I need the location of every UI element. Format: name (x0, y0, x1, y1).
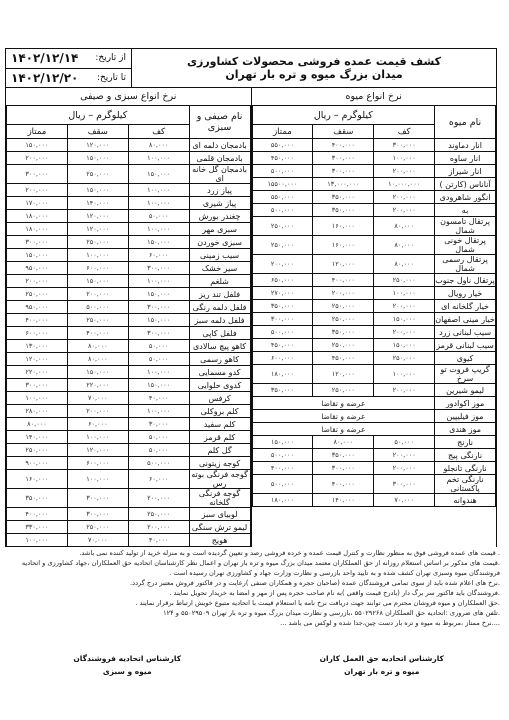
price-min: ۵۰,۰۰۰ (128, 353, 189, 366)
price-premium: ۵۰۰,۰۰۰ (252, 326, 313, 339)
price-max: ۳۵۰,۰۰۰ (313, 204, 374, 217)
date-range: از تاریخ: ۱۴۰۲/۱۲/۱۴ تا تاریخ: ۱۴۰۲/۱۲/۲… (6, 49, 131, 87)
price-premium: ۲۵۰,۰۰۰ (252, 236, 313, 255)
price-max: ۲۵۰,۰۰۰ (313, 300, 374, 313)
note: .نرخ های اعلام شده باید از سوی تمامی فرو… (10, 578, 500, 588)
table-row: چغندر بورش۵۰,۰۰۰۱۲۰,۰۰۰۱۸۰,۰۰۰ (7, 210, 251, 223)
price-min: ۸۰,۰۰۰ (374, 236, 435, 255)
item-name: به (435, 204, 496, 217)
item-name: سبزی مهر (189, 223, 250, 236)
price-premium: ۵۰۰,۰۰۰ (252, 475, 313, 494)
price-premium: ۱۷۰,۰۰۰ (7, 197, 68, 210)
price-min: ۱۰۰,۰۰۰ (128, 197, 189, 210)
notes: . قیمت های عمده فروشی فوق به منظور نظارت… (10, 548, 500, 628)
price-max: ۱۵۰,۰۰۰ (67, 275, 128, 288)
fruit-section-title: نرخ انواع میوه (252, 88, 496, 106)
price-premium: ۱۶۰,۰۰۰ (7, 470, 68, 489)
table-row: سیب زمینی۶۰,۰۰۰۱۰۰,۰۰۰۱۵۰,۰۰۰ (7, 249, 251, 262)
sheet-title: کشف قیمت عمده فروشی محصولات کشاورزی میدا… (131, 49, 496, 87)
item-name: موز هندی (435, 423, 496, 436)
price-max: ۱۵۰,۰۰۰ (67, 184, 128, 197)
price-premium: ۵۰۰,۰۰۰ (252, 165, 313, 178)
price-premium: ۲۰۰,۰۰۰ (7, 275, 68, 288)
veg-section-title: نرخ انواع سبزی و صیفی (7, 88, 251, 106)
price-max: ۱۲۰,۰۰۰ (313, 365, 374, 384)
table-row: کلم قرمز۵۰,۰۰۰۱۰۰,۰۰۰۱۴۰,۰۰۰ (7, 431, 251, 444)
table-row: نارنج۵۰,۰۰۰۸۰,۰۰۰۱۵۰,۰۰۰ (252, 436, 496, 449)
price-premium: ۲۸۰,۰۰۰ (7, 405, 68, 418)
table-row: لوبیای سبز۲۵۰,۰۰۰۳۰۰,۰۰۰۴۰۰,۰۰۰ (7, 508, 251, 521)
price-premium: ۵۰۰,۰۰۰ (252, 204, 313, 217)
item-name: لیمو ترش سنگی (189, 521, 250, 534)
price-max: ۶۰,۰۰۰ (67, 418, 128, 431)
price-min: ۳۰۰,۰۰۰ (128, 262, 189, 275)
price-max: ۲۲۰,۰۰۰ (67, 379, 128, 392)
table-row: کوجه زیتونی۵۰۰,۰۰۰۶۰۰,۰۰۰۹۰۰,۰۰۰ (7, 457, 251, 470)
col-premium: ممتاز (252, 125, 313, 139)
price-max: ۵۰۰,۰۰۰ (67, 301, 128, 314)
price-premium: ۳۵۰,۰۰۰ (252, 300, 313, 313)
item-name: بادمجان گل خانه ای (189, 165, 250, 184)
price-max: ۳۰۰,۰۰۰ (313, 165, 374, 178)
price-min: ۲۰۰,۰۰۰ (128, 489, 189, 508)
veg-section: نرخ انواع سبزی و صیفی نام صیفی و سبزی کی… (6, 88, 251, 547)
price-max: ۱۳,۰۰۰,۰۰۰ (313, 178, 374, 191)
price-premium: ۴۵۰,۰۰۰ (252, 152, 313, 165)
price-max: ۱۲۰,۰۰۰ (67, 139, 128, 152)
price-min: ۲۵۰,۰۰۰ (374, 352, 435, 365)
price-premium: ۲۰۰,۰۰۰ (7, 152, 68, 165)
item-name: نارنگی تانجلو (435, 462, 496, 475)
item-name: موز فیلیپین (435, 410, 496, 423)
item-name: کوجه زیتونی (189, 457, 250, 470)
table-row: انار دماوند۳۰۰,۰۰۰۴۰۰,۰۰۰۵۵۰,۰۰۰ (252, 139, 496, 152)
item-name: هندوانه (435, 494, 496, 507)
item-name: موز اکوادور (435, 397, 496, 410)
price-max: ۴۵۰,۰۰۰ (313, 352, 374, 365)
price-sheet: کشف قیمت عمده فروشی محصولات کشاورزی میدا… (5, 48, 497, 547)
table-row: نارنگی پیج۲۰۰,۰۰۰۳۵۰,۰۰۰۵۰۰,۰۰۰ (252, 449, 496, 462)
price-max: ۶۰۰,۰۰۰ (67, 457, 128, 470)
price-premium: ۸۰,۰۰۰ (7, 418, 68, 431)
price-min: ۱۵۰,۰۰۰ (374, 313, 435, 326)
title-line-1: کشف قیمت عمده فروشی محصولات کشاورزی (187, 55, 441, 68)
price-premium: ۳۰۰,۰۰۰ (7, 165, 68, 184)
price-min: ۱۵۰,۰۰۰ (374, 339, 435, 352)
table-row: لیمو شیرین۲۰۰,۰۰۰۲۵۰,۰۰۰۳۵۰,۰۰۰ (252, 384, 496, 397)
item-name: فلفل تند ریز (189, 288, 250, 301)
price-max: ۲۵۰,۰۰۰ (67, 314, 128, 327)
note: .قیمت های مذکور بر اساس استعلام روزانه ا… (10, 558, 500, 578)
price-premium: ۲۵۰,۰۰۰ (7, 444, 68, 457)
price-max: ۱۶۰,۰۰۰ (313, 217, 374, 236)
table-row: گریپ فروت تو سرخ۱۰۰,۰۰۰۱۲۰,۰۰۰۱۸۰,۰۰۰ (252, 365, 496, 384)
table-row: هندوانه۷۰,۰۰۰۱۴۰,۰۰۰۱۸۰,۰۰۰ (252, 494, 496, 507)
table-row: کدو مسمایی۱۰۰,۰۰۰۱۵۰,۰۰۰۲۲۰,۰۰۰ (7, 366, 251, 379)
price-min: ۶۰,۰۰۰ (128, 470, 189, 489)
price-premium: ۱۳۰,۰۰۰ (7, 340, 68, 353)
price-min: ۱۰۰,۰۰۰ (374, 152, 435, 165)
table-row: گل کلم۵۰,۰۰۰۱۲۰,۰۰۰۲۵۰,۰۰۰ (7, 444, 251, 457)
supply-demand-note: عرضه و تقاضا (252, 397, 435, 410)
price-max: ۷۰,۰۰۰ (67, 392, 128, 405)
price-premium: ۱۸۰,۰۰۰ (252, 365, 313, 384)
price-min: ۸۰,۰۰۰ (374, 255, 435, 274)
price-premium: ۳۵۰,۰۰۰ (252, 384, 313, 397)
price-max: ۱۴۰,۰۰۰ (313, 494, 374, 507)
price-max: ۳۰۰,۰۰۰ (313, 152, 374, 165)
price-max: ۳۵۰,۰۰۰ (313, 326, 374, 339)
note: .فروشندگان باید فاکتور سر برگ دار (بادرج… (10, 588, 500, 598)
price-min: ۱۰۰,۰۰۰ (374, 365, 435, 384)
item-name: پیاز زرد (189, 184, 250, 197)
item-name: فلفل دلمه سبز (189, 314, 250, 327)
sheet-header: کشف قیمت عمده فروشی محصولات کشاورزی میدا… (5, 48, 497, 87)
veg-name-header: نام صیفی و سبزی (189, 106, 250, 139)
table-row: بادمجان گل خانه ای۱۵۰,۰۰۰۲۵۰,۰۰۰۳۰۰,۰۰۰ (7, 165, 251, 184)
item-name: انار ساوه (435, 152, 496, 165)
price-max: ۴۰۰,۰۰۰ (67, 327, 128, 340)
item-name: پرتقال ناول جنوب (435, 274, 496, 287)
item-name: کلم بروکلی (189, 405, 250, 418)
item-name: بادمجان قلمی (189, 152, 250, 165)
price-min: ۱۰,۰۰۰,۰۰۰ (374, 178, 435, 191)
price-premium: ۵۵۰,۰۰۰ (252, 191, 313, 204)
price-premium: ۶۰۰,۰۰۰ (7, 327, 68, 340)
item-name: انگور شاهرودی (435, 191, 496, 204)
price-min: ۸۰,۰۰۰ (374, 217, 435, 236)
item-name: کلم سفید (189, 418, 250, 431)
price-min: ۵۰,۰۰۰ (128, 431, 189, 444)
note: .تلفن های ضروری :اتحادیه حق العملکاران ۵… (10, 608, 500, 618)
price-min: ۱۰۰,۰۰۰ (128, 405, 189, 418)
table-row: پیاز شیری۱۰۰,۰۰۰۱۴۰,۰۰۰۱۷۰,۰۰۰ (7, 197, 251, 210)
title-line-2: میدان بزرگ میوه و تره بار تهران (225, 68, 402, 81)
table-row: کرفس۴۰,۰۰۰۷۰,۰۰۰۱۰۰,۰۰۰ (7, 392, 251, 405)
table-row: کلم بروکلی۱۰۰,۰۰۰۲۰۰,۰۰۰۲۸۰,۰۰۰ (7, 405, 251, 418)
item-name: کاهو پیچ سالادی (189, 340, 250, 353)
table-row: کدوی حلوایی۱۵۰,۰۰۰۲۲۰,۰۰۰۳۰۰,۰۰۰ (7, 379, 251, 392)
price-min: ۱۰۰,۰۰۰ (128, 275, 189, 288)
table-row: موز فیلیپینعرضه و تقاضا (252, 410, 496, 423)
price-premium: ۵۵۰,۰۰۰ (252, 139, 313, 152)
price-premium: ۴۰۰,۰۰۰ (7, 314, 68, 327)
fruit-unit-header: کیلوگرم – ریال (252, 106, 435, 125)
price-premium: ۱۸۰,۰۰۰ (7, 223, 68, 236)
price-premium: ۴۰۰,۰۰۰ (7, 508, 68, 521)
item-name: کدوی حلوایی (189, 379, 250, 392)
price-premium: ۳۰۰,۰۰۰ (7, 236, 68, 249)
price-max: ۴۰۰,۰۰۰ (313, 274, 374, 287)
item-name: سبزی خوردن (189, 236, 250, 249)
note: . قیمت های عمده فروشی فوق به منظور نظارت… (10, 548, 500, 558)
col-min: کف (374, 125, 435, 139)
table-row: فلفل کاپی۳۰۰,۰۰۰۴۰۰,۰۰۰۶۰۰,۰۰۰ (7, 327, 251, 340)
price-min: ۱۰۰,۰۰۰ (128, 366, 189, 379)
price-max: ۲۵۰,۰۰۰ (313, 339, 374, 352)
item-name: کلم قرمز (189, 431, 250, 444)
price-max: ۲۵۰,۰۰۰ (67, 521, 128, 534)
price-premium: ۲۷۰,۰۰۰ (252, 287, 313, 300)
table-row: کیوی۲۵۰,۰۰۰۴۵۰,۰۰۰۶۰۰,۰۰۰ (252, 352, 496, 365)
price-max: ۳۰۰,۰۰۰ (67, 489, 128, 508)
table-row: فلفل دلمه رنگی۳۰۰,۰۰۰۵۰۰,۰۰۰۹۵۰,۰۰۰ (7, 301, 251, 314)
table-row: سیر خشک۳۰۰,۰۰۰۶۰۰,۰۰۰۹۵۰,۰۰۰ (7, 262, 251, 275)
price-min: ۵۰,۰۰۰ (128, 340, 189, 353)
item-name: شلغم (189, 275, 250, 288)
item-name: کدو مسمایی (189, 366, 250, 379)
price-max: ۸۰,۰۰۰ (313, 436, 374, 449)
item-name: انار دماوند (435, 139, 496, 152)
price-min: ۶۰,۰۰۰ (128, 249, 189, 262)
price-min: ۳۰,۰۰۰ (128, 418, 189, 431)
from-date-label: از تاریخ: (95, 53, 126, 63)
item-name: نارنگی پیج (435, 449, 496, 462)
table-row: فلفل دلمه سبز۱۵۰,۰۰۰۲۵۰,۰۰۰۴۰۰,۰۰۰ (7, 314, 251, 327)
veg-table: نرخ انواع سبزی و صیفی نام صیفی و سبزی کی… (6, 88, 251, 547)
price-tables: نرخ انواع میوه نام میوه کیلوگرم – ریال ک… (5, 87, 497, 547)
price-min: ۳۰۰,۰۰۰ (128, 327, 189, 340)
price-min: ۵۰۰,۰۰۰ (128, 457, 189, 470)
table-row: موز هندیعرضه و تقاضا (252, 423, 496, 436)
price-min: ۲۰۰,۰۰۰ (374, 165, 435, 178)
price-premium: ۲۵۰,۰۰۰ (7, 288, 68, 301)
item-name: هویج (189, 534, 250, 547)
table-row: بادمجان قلمی۱۰۰,۰۰۰۱۵۰,۰۰۰۲۰۰,۰۰۰ (7, 152, 251, 165)
table-row: انگور شاهرودی۲۰۰,۰۰۰۳۵۰,۰۰۰۵۵۰,۰۰۰ (252, 191, 496, 204)
price-premium: ۲۲۰,۰۰۰ (7, 366, 68, 379)
item-name: پیاز شیری (189, 197, 250, 210)
price-min: ۱۰۰,۰۰۰ (128, 223, 189, 236)
price-premium: ۳۰۰,۰۰۰ (7, 379, 68, 392)
fruit-name-header: نام میوه (435, 106, 496, 139)
price-premium: ۱۰۰,۰۰۰ (7, 392, 68, 405)
price-min: ۳۰۰,۰۰۰ (374, 475, 435, 494)
signature-sellers: کارشناس اتحادیه فروشندگان میوه و سبزی (0, 652, 255, 678)
price-min: ۲۰۰,۰۰۰ (128, 521, 189, 534)
price-premium: ۳۵۰,۰۰۰ (7, 489, 68, 508)
price-max: ۱۲۰,۰۰۰ (67, 223, 128, 236)
fruit-rows: انار دماوند۳۰۰,۰۰۰۴۰۰,۰۰۰۵۵۰,۰۰۰انار ساو… (252, 139, 496, 507)
table-row: خیار گلخانه ای۲۰۰,۰۰۰۲۵۰,۰۰۰۳۵۰,۰۰۰ (252, 300, 496, 313)
price-premium: ۱۸۰,۰۰۰ (252, 494, 313, 507)
item-name: لیمو شیرین (435, 384, 496, 397)
table-row: نارنگی تخم پاکستانی۳۰۰,۰۰۰۴۰۰,۰۰۰۵۰۰,۰۰۰ (252, 475, 496, 494)
table-row: سیب لبنانی قرمز۱۵۰,۰۰۰۲۵۰,۰۰۰۴۵۰,۰۰۰ (252, 339, 496, 352)
to-date-value: ۱۴۰۲/۱۲/۲۰ (11, 71, 78, 85)
item-name: گل کلم (189, 444, 250, 457)
price-min: ۲۵۰,۰۰۰ (128, 508, 189, 521)
item-name: خیار گلخانه ای (435, 300, 496, 313)
supply-demand-note: عرضه و تقاضا (252, 423, 435, 436)
table-row: آناناس (کارتن )۱۰,۰۰۰,۰۰۰۱۳,۰۰۰,۰۰۰۱۵۵۰۰… (252, 178, 496, 191)
price-max: ۱۵۰,۰۰۰ (67, 366, 128, 379)
table-row: سبزی مهر۱۰۰,۰۰۰۱۲۰,۰۰۰۱۸۰,۰۰۰ (7, 223, 251, 236)
price-premium: ۲۵۰,۰۰۰ (252, 217, 313, 236)
table-row: انار ساوه۱۰۰,۰۰۰۳۰۰,۰۰۰۴۵۰,۰۰۰ (252, 152, 496, 165)
item-name: بادمجان دلمه ای (189, 139, 250, 152)
price-max: ۳۰۰,۰۰۰ (313, 462, 374, 475)
item-name: نارنج (435, 436, 496, 449)
item-name: نارنگی تخم پاکستانی (435, 475, 496, 494)
price-max: ۲۵۰,۰۰۰ (67, 236, 128, 249)
item-name: گوجه فرنگی بوته رس (189, 470, 250, 489)
price-min: ۲۰۰,۰۰۰ (374, 462, 435, 475)
price-min: ۲۵۰,۰۰۰ (374, 274, 435, 287)
price-premium: ۱۵۰,۰۰۰ (7, 139, 68, 152)
veg-rows: بادمجان دلمه ای۸۰,۰۰۰۱۲۰,۰۰۰۱۵۰,۰۰۰بادمج… (7, 139, 251, 547)
price-min: ۸۰,۰۰۰ (128, 139, 189, 152)
price-max: ۶۰۰,۰۰۰ (67, 262, 128, 275)
table-row: پرتقال خونی شمال۸۰,۰۰۰۱۶۰,۰۰۰۲۵۰,۰۰۰ (252, 236, 496, 255)
price-max: ۱۲۰,۰۰۰ (313, 255, 374, 274)
table-row: به۲۰۰,۰۰۰۳۵۰,۰۰۰۵۰۰,۰۰۰ (252, 204, 496, 217)
price-max: ۲۰۰,۰۰۰ (67, 405, 128, 418)
item-name: گوجه فرنگی گلخانه (189, 489, 250, 508)
supply-demand-note: عرضه و تقاضا (252, 410, 435, 423)
col-premium: ممتاز (7, 125, 68, 139)
item-name: پرتقال خونی شمال (435, 236, 496, 255)
price-max: ۴۰۰,۰۰۰ (313, 475, 374, 494)
table-row: بادمجان دلمه ای۸۰,۰۰۰۱۲۰,۰۰۰۱۵۰,۰۰۰ (7, 139, 251, 152)
price-premium: ۲۰۰,۰۰۰ (252, 255, 313, 274)
price-max: ۴۰۰,۰۰۰ (313, 139, 374, 152)
price-min: ۲۰۰,۰۰۰ (374, 300, 435, 313)
from-date-value: ۱۴۰۲/۱۲/۱۴ (11, 51, 78, 65)
price-min: ۷۰,۰۰۰ (374, 494, 435, 507)
price-max: ۱۲۰,۰۰۰ (67, 210, 128, 223)
price-min: ۲۰۰,۰۰۰ (374, 204, 435, 217)
table-row: گوجه فرنگی بوته رس۶۰,۰۰۰۱۰۰,۰۰۰۱۶۰,۰۰۰ (7, 470, 251, 489)
price-max: ۱۴۰,۰۰۰ (67, 197, 128, 210)
price-max: ۱۰۰,۰۰۰ (67, 249, 128, 262)
price-max: ۱۲۰,۰۰۰ (67, 444, 128, 457)
price-max: ۳۰۰,۰۰۰ (67, 508, 128, 521)
price-min: ۱۰۰,۰۰۰ (374, 287, 435, 300)
item-name: فلفل دلمه رنگی (189, 301, 250, 314)
item-name: سیر خشک (189, 262, 250, 275)
price-premium: ۱۸۰,۰۰۰ (7, 210, 68, 223)
fruit-section: نرخ انواع میوه نام میوه کیلوگرم – ریال ک… (251, 88, 497, 547)
price-min: ۱۰۰,۰۰۰ (128, 184, 189, 197)
veg-unit-header: کیلوگرم – ریال (7, 106, 190, 125)
price-max: ۲۵۰,۰۰۰ (313, 384, 374, 397)
fruit-table: نرخ انواع میوه نام میوه کیلوگرم – ریال ک… (252, 88, 497, 507)
table-row: پرتقال ناول جنوب۲۵۰,۰۰۰۴۰۰,۰۰۰۶۵۰,۰۰۰ (252, 274, 496, 287)
price-max: ۱۵۰,۰۰۰ (67, 152, 128, 165)
price-min: ۱۵۰,۰۰۰ (128, 236, 189, 249)
item-name: لوبیای سبز (189, 508, 250, 521)
price-min: ۵۰,۰۰۰ (128, 210, 189, 223)
item-name: انار شیراز (435, 165, 496, 178)
to-date-row: تا تاریخ: ۱۴۰۲/۱۲/۲۰ (6, 68, 131, 88)
table-row: نارنگی تانجلو۲۰۰,۰۰۰۳۰۰,۰۰۰۴۰۰,۰۰۰ (252, 462, 496, 475)
price-min: ۱۵۰,۰۰۰ (128, 314, 189, 327)
price-min: ۳۰۰,۰۰۰ (128, 301, 189, 314)
to-date-label: تا تاریخ: (97, 73, 126, 83)
table-row: پرتقال تامسون شمال۸۰,۰۰۰۱۶۰,۰۰۰۲۵۰,۰۰۰ (252, 217, 496, 236)
price-premium: ۵۰۰,۰۰۰ (252, 449, 313, 462)
price-premium: ۴۰۰,۰۰۰ (252, 462, 313, 475)
table-row: خیار مینی اصفهان۱۵۰,۰۰۰۲۵۰,۰۰۰۳۰۰,۰۰۰ (252, 313, 496, 326)
table-row: پرتقال رسمی شمال۸۰,۰۰۰۱۲۰,۰۰۰۲۰۰,۰۰۰ (252, 255, 496, 274)
col-min: کف (128, 125, 189, 139)
price-min: ۱۵۰,۰۰۰ (128, 165, 189, 184)
price-premium: ۱۵۰,۰۰۰ (252, 436, 313, 449)
table-row: هویج۴۰,۰۰۰۷۰,۰۰۰۱۰۰,۰۰۰ (7, 534, 251, 547)
price-premium: ۹۰۰,۰۰۰ (7, 457, 68, 470)
price-max: ۷۰,۰۰۰ (67, 534, 128, 547)
table-row: کاهو رسمی۵۰,۰۰۰۸۰,۰۰۰۱۲۰,۰۰۰ (7, 353, 251, 366)
price-max: ۲۵۰,۰۰۰ (67, 165, 128, 184)
price-max: ۱۶۰,۰۰۰ (313, 236, 374, 255)
signatures: کارشناس اتحادیه حق العمل کاران میوه و تر… (0, 652, 509, 678)
price-max: ۳۵۰,۰۰۰ (313, 449, 374, 462)
item-name: پرتقال رسمی شمال (435, 255, 496, 274)
col-max: سقف (313, 125, 374, 139)
price-premium: ۱۰۰,۰۰۰ (7, 534, 68, 547)
table-row: سیب لبنانی زرد۲۰۰,۰۰۰۳۵۰,۰۰۰۵۰۰,۰۰۰ (252, 326, 496, 339)
price-premium: ۱۵۵۰۰,۰۰۰ (252, 178, 313, 191)
price-max: ۲۵۰,۰۰۰ (313, 313, 374, 326)
item-name: کرفس (189, 392, 250, 405)
item-name: کیوی (435, 352, 496, 365)
item-name: کاهو رسمی (189, 353, 250, 366)
price-min: ۱۵۰,۰۰۰ (128, 379, 189, 392)
table-row: کلم سفید۳۰,۰۰۰۶۰,۰۰۰۸۰,۰۰۰ (7, 418, 251, 431)
price-premium: ۲۰۰,۰۰۰ (7, 184, 68, 197)
price-max: ۸۰,۰۰۰ (67, 353, 128, 366)
price-min: ۲۰۰,۰۰۰ (374, 449, 435, 462)
item-name: پرتقال تامسون شمال (435, 217, 496, 236)
item-name: فلفل کاپی (189, 327, 250, 340)
price-premium: ۹۵۰,۰۰۰ (7, 301, 68, 314)
table-row: لیمو ترش سنگی۲۰۰,۰۰۰۲۵۰,۰۰۰۳۳۰,۰۰۰ (7, 521, 251, 534)
table-row: شلغم۱۰۰,۰۰۰۱۵۰,۰۰۰۲۰۰,۰۰۰ (7, 275, 251, 288)
price-min: ۲۰۰,۰۰۰ (374, 326, 435, 339)
price-max: ۱۰۰,۰۰۰ (67, 470, 128, 489)
item-name: سیب لبنانی زرد (435, 326, 496, 339)
signature-commission-agents: کارشناس اتحادیه حق العمل کاران میوه و تر… (255, 652, 509, 678)
price-max: ۲۰۰,۰۰۰ (67, 288, 128, 301)
item-name: گریپ فروت تو سرخ (435, 365, 496, 384)
price-min: ۴۰,۰۰۰ (128, 392, 189, 405)
item-name: چغندر بورش (189, 210, 250, 223)
table-row: گوجه فرنگی گلخانه۲۰۰,۰۰۰۳۰۰,۰۰۰۳۵۰,۰۰۰ (7, 489, 251, 508)
price-min: ۳۰۰,۰۰۰ (374, 139, 435, 152)
price-premium: ۳۳۰,۰۰۰ (7, 521, 68, 534)
price-premium: ۶۰۰,۰۰۰ (252, 352, 313, 365)
note: .حق العملکاران و میوه فروشان محترم می تو… (10, 598, 500, 608)
price-premium: ۶۵۰,۰۰۰ (252, 274, 313, 287)
price-max: ۸۰,۰۰۰ (67, 340, 128, 353)
item-name: خیار رویال (435, 287, 496, 300)
price-min: ۲۰۰,۰۰۰ (374, 384, 435, 397)
price-premium: ۳۰۰,۰۰۰ (252, 313, 313, 326)
table-row: سبزی خوردن۱۵۰,۰۰۰۲۵۰,۰۰۰۳۰۰,۰۰۰ (7, 236, 251, 249)
note: ....نرخ ممتاز ،مربوط به میوه و تره بار د… (10, 618, 500, 628)
price-min: ۵۰,۰۰۰ (374, 436, 435, 449)
col-max: سقف (67, 125, 128, 139)
price-max: ۱۰۰,۰۰۰ (67, 431, 128, 444)
price-min: ۱۰۰,۰۰۰ (128, 152, 189, 165)
price-premium: ۱۲۰,۰۰۰ (7, 353, 68, 366)
item-name: خیار مینی اصفهان (435, 313, 496, 326)
item-name: سیب زمینی (189, 249, 250, 262)
item-name: سیب لبنانی قرمز (435, 339, 496, 352)
table-row: خیار رویال۱۰۰,۰۰۰۲۰۰,۰۰۰۲۷۰,۰۰۰ (252, 287, 496, 300)
price-premium: ۹۵۰,۰۰۰ (7, 262, 68, 275)
